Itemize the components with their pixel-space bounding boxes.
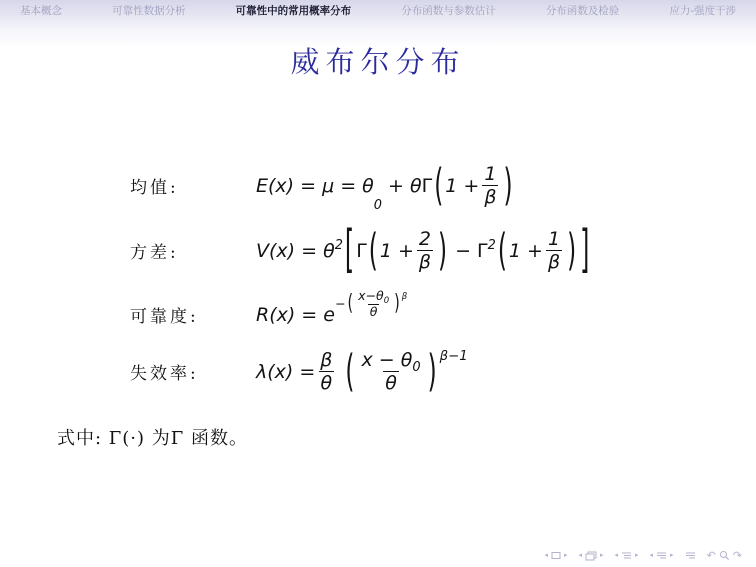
section-nav-group: ◂ ▸ bbox=[650, 551, 674, 560]
formula-label-mean: 均值: bbox=[130, 173, 256, 198]
formula-variance: V(x) = θ2 [ Γ ( 1 + 2β ) − Γ2 ( 1 + 1β )… bbox=[256, 228, 591, 274]
subsection-list-icon[interactable] bbox=[621, 551, 632, 560]
nav-item-stress-strength-interference[interactable]: 应力-强度干涉 bbox=[669, 4, 736, 18]
nav-item-basic-concepts[interactable]: 基本概念 bbox=[20, 4, 62, 18]
subsection-prev-icon[interactable]: ◂ bbox=[615, 552, 619, 559]
frames-icon[interactable] bbox=[585, 551, 597, 561]
left-paren: ( bbox=[434, 164, 443, 208]
nav-item-distribution-testing[interactable]: 分布函数及检验 bbox=[546, 4, 620, 18]
frame-prev-icon[interactable]: ◂ bbox=[578, 552, 582, 559]
presentation-list-icon[interactable] bbox=[685, 551, 696, 560]
right-paren: ) bbox=[567, 229, 576, 273]
formula-mean: E(x) = μ = θ0 + θ Γ ( 1 + 1β ) bbox=[256, 163, 515, 209]
section-list-icon[interactable] bbox=[656, 551, 667, 560]
subsection-nav-group: ◂ ▸ bbox=[615, 551, 639, 560]
slide-next-icon[interactable]: ▸ bbox=[564, 552, 568, 559]
beamer-navigation-bar: ◂ ▸ ◂ ▸ ◂ ▸ ◂ bbox=[544, 550, 742, 561]
formula-label-variance: 方差: bbox=[130, 238, 256, 263]
left-paren: ( bbox=[345, 350, 354, 394]
formula-row-mean: 均值: E(x) = μ = θ0 + θ Γ ( 1 + 1β ) bbox=[130, 163, 515, 209]
frame-next-icon[interactable]: ▸ bbox=[600, 552, 604, 559]
slide-nav-group: ◂ ▸ bbox=[544, 551, 567, 560]
right-paren: ) bbox=[394, 293, 400, 315]
history-nav-group: ↶ ↷ bbox=[707, 550, 742, 561]
slide-icon[interactable] bbox=[551, 551, 561, 560]
section-navbar: 基本概念 可靠性数据分析 可靠性中的常用概率分布 分布函数与参数估计 分布函数及… bbox=[0, 4, 756, 22]
formula-row-reliability: 可靠度: R(x) = e − ( x−θ0 θ ) β bbox=[130, 300, 407, 329]
back-icon[interactable]: ↶ bbox=[707, 550, 716, 561]
slide-prev-icon[interactable]: ◂ bbox=[544, 552, 548, 559]
formula-label-failure-rate: 失效率: bbox=[130, 359, 256, 384]
nav-item-common-probability-distributions[interactable]: 可靠性中的常用概率分布 bbox=[236, 4, 352, 18]
exponent: − ( x−θ0 θ ) β bbox=[335, 289, 407, 318]
right-paren: ) bbox=[428, 350, 437, 394]
left-bracket: [ bbox=[345, 225, 354, 276]
section-next-icon[interactable]: ▸ bbox=[670, 552, 674, 559]
formula-note: 式中: Γ(·) 为Γ 函数。 bbox=[57, 424, 248, 450]
forward-icon[interactable]: ↷ bbox=[733, 550, 742, 561]
nav-item-reliability-data-analysis[interactable]: 可靠性数据分析 bbox=[112, 4, 186, 18]
formula-row-variance: 方差: V(x) = θ2 [ Γ ( 1 + 2β ) − Γ2 ( 1 + … bbox=[130, 228, 591, 274]
search-icon[interactable] bbox=[719, 550, 730, 561]
formula-reliability: R(x) = e − ( x−θ0 θ ) β bbox=[256, 300, 407, 329]
left-paren: ( bbox=[369, 229, 378, 273]
right-bracket: ] bbox=[580, 225, 589, 276]
frame-nav-group: ◂ ▸ bbox=[578, 551, 603, 561]
slide-title: 威布尔分布 bbox=[0, 40, 756, 81]
right-paren: ) bbox=[503, 164, 512, 208]
subsection-next-icon[interactable]: ▸ bbox=[635, 552, 639, 559]
right-paren: ) bbox=[438, 229, 447, 273]
nav-item-distribution-parameter-estimation[interactable]: 分布函数与参数估计 bbox=[401, 4, 496, 18]
formula-row-failure-rate: 失效率: λ(x) = βθ ( x − θ0 θ ) β−1 bbox=[130, 349, 468, 395]
section-prev-icon[interactable]: ◂ bbox=[650, 552, 654, 559]
slide-background bbox=[0, 0, 756, 567]
left-paren: ( bbox=[347, 293, 353, 315]
left-paren: ( bbox=[498, 229, 507, 273]
formula-failure-rate: λ(x) = βθ ( x − θ0 θ ) β−1 bbox=[256, 349, 468, 395]
formula-label-reliability: 可靠度: bbox=[130, 302, 256, 327]
